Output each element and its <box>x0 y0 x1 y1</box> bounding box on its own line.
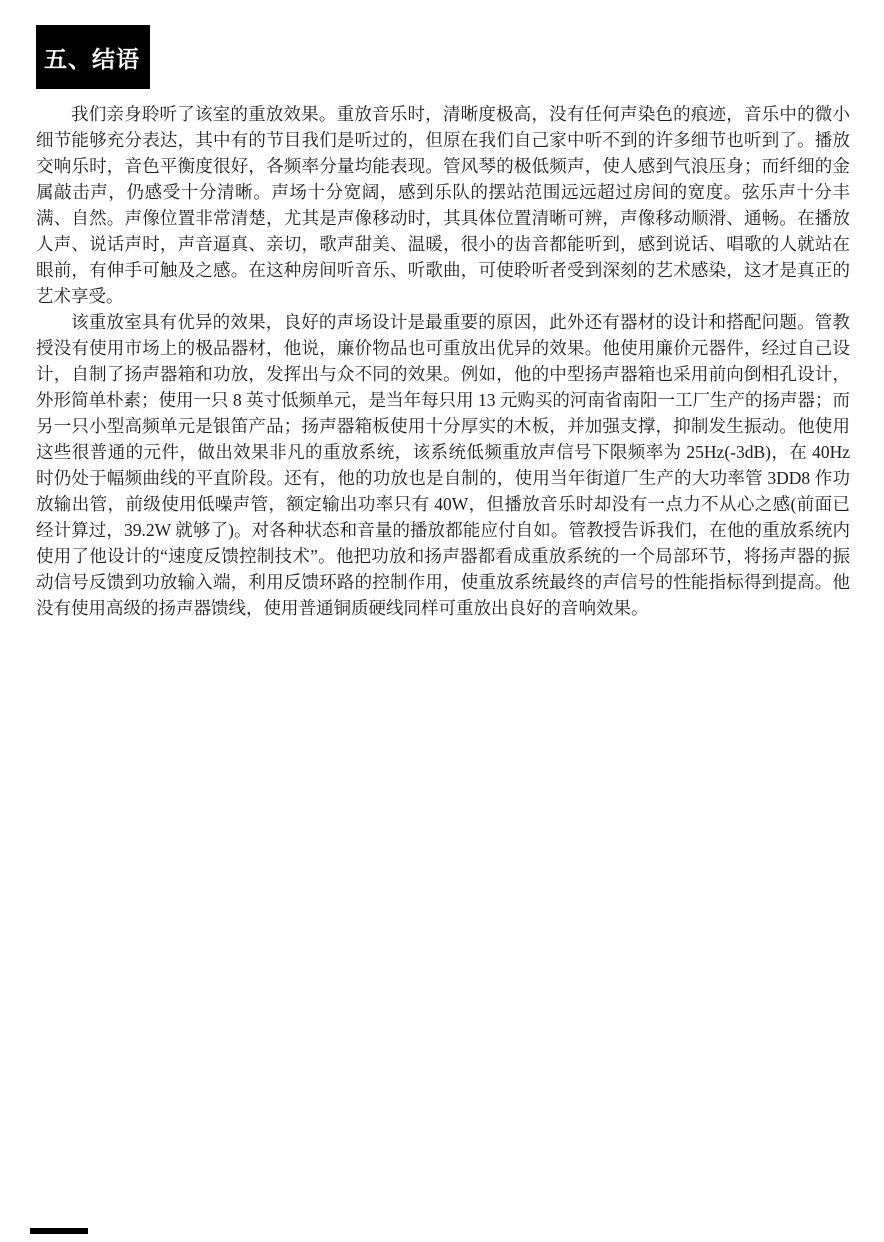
document-page: 五、结语 我们亲身聆听了该室的重放效果。重放音乐时，清晰度极高，没有任何声染色的… <box>0 0 884 1242</box>
paragraph-listening-impressions: 我们亲身聆听了该室的重放效果。重放音乐时，清晰度极高，没有任何声染色的痕迹，音乐… <box>36 101 850 309</box>
section-heading-label: 五、结语 <box>44 41 140 74</box>
section-heading: 五、结语 <box>36 25 150 89</box>
paragraph-equipment-design: 该重放室具有优异的效果，良好的声场设计是最重要的原因，此外还有器材的设计和搭配问… <box>36 309 850 621</box>
document-body: 我们亲身聆听了该室的重放效果。重放音乐时，清晰度极高，没有任何声染色的痕迹，音乐… <box>36 101 850 621</box>
scan-artifact-bar <box>30 1228 88 1234</box>
